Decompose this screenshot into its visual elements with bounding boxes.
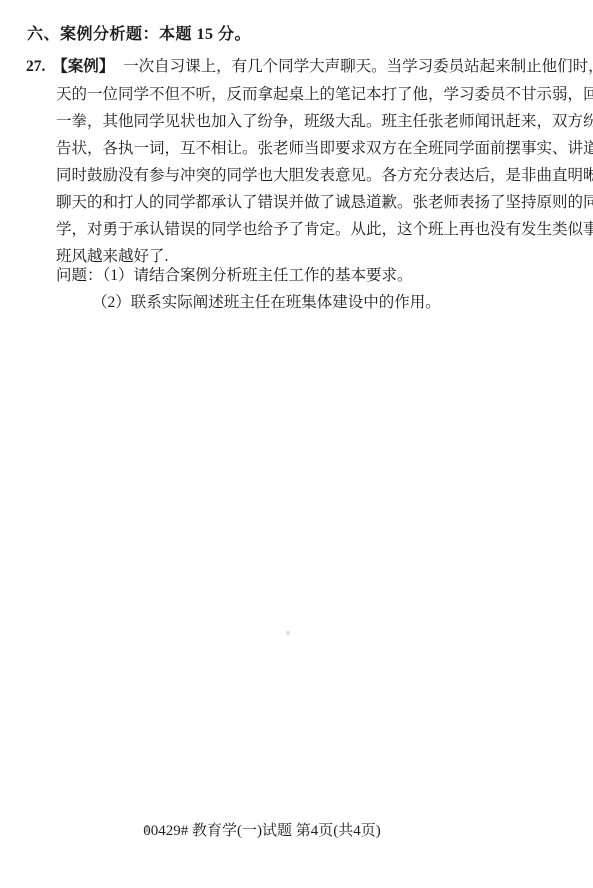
sub-question-2: （2）联系实际阐述班主任在班集体建设中的作用。 (92, 290, 441, 312)
exam-paper-page: 六、案例分析题：本题 15 分。 27. 【案例】 一次自习课上，有几个同学大声… (0, 0, 593, 888)
case-text-line-2: 天的一位同学不但不听，反而拿起桌上的笔记本打了他，学习委员不甘示弱，回了 (56, 82, 593, 104)
sub-question-1-line: 问题：（1）请结合案例分析班主任工作的基本要求。 (56, 263, 413, 285)
case-text-line-7: 学，对勇于承认错误的同学也给予了肯定。从此，这个班上再也没有发生类似事件， (56, 217, 593, 239)
case-text-line-4: 告状，各执一词，互不相让。张老师当即要求双方在全班同学面前摆事实、讲道理， (56, 136, 593, 158)
scan-artifact-dot (286, 631, 290, 635)
section-heading: 六、案例分析题：本题 15 分。 (27, 21, 251, 44)
sub-question-1: （1）请结合案例分析班主任工作的基本要求。 (103, 267, 413, 284)
questions-label: 问题： (56, 267, 103, 284)
page-footer: 00429# 教育学(一)试题 第4页(共4页) (0, 819, 524, 840)
case-text-line-5: 同时鼓励没有参与冲突的同学也大胆发表意见。各方充分表达后，是非曲直明晰了， (56, 163, 593, 185)
case-paragraph-first-line: 27. 【案例】 一次自习课上，有几个同学大声聊天。当学习委员站起来制止他们时，… (26, 54, 593, 76)
case-text-line-6: 聊天的和打人的同学都承认了错误并做了诚恳道歉。张老师表扬了坚持原则的同 (56, 190, 593, 212)
question-number: 27. (26, 58, 45, 75)
case-text-line-1: 一次自习课上，有几个同学大声聊天。当学习委员站起来制止他们时，聊 (123, 58, 593, 75)
case-label: 【案例】 (52, 58, 114, 75)
case-text-line-3: 一拳，其他同学见状也加入了纷争，班级大乱。班主任张老师闻讯赶来，双方纷纷 (56, 109, 593, 131)
